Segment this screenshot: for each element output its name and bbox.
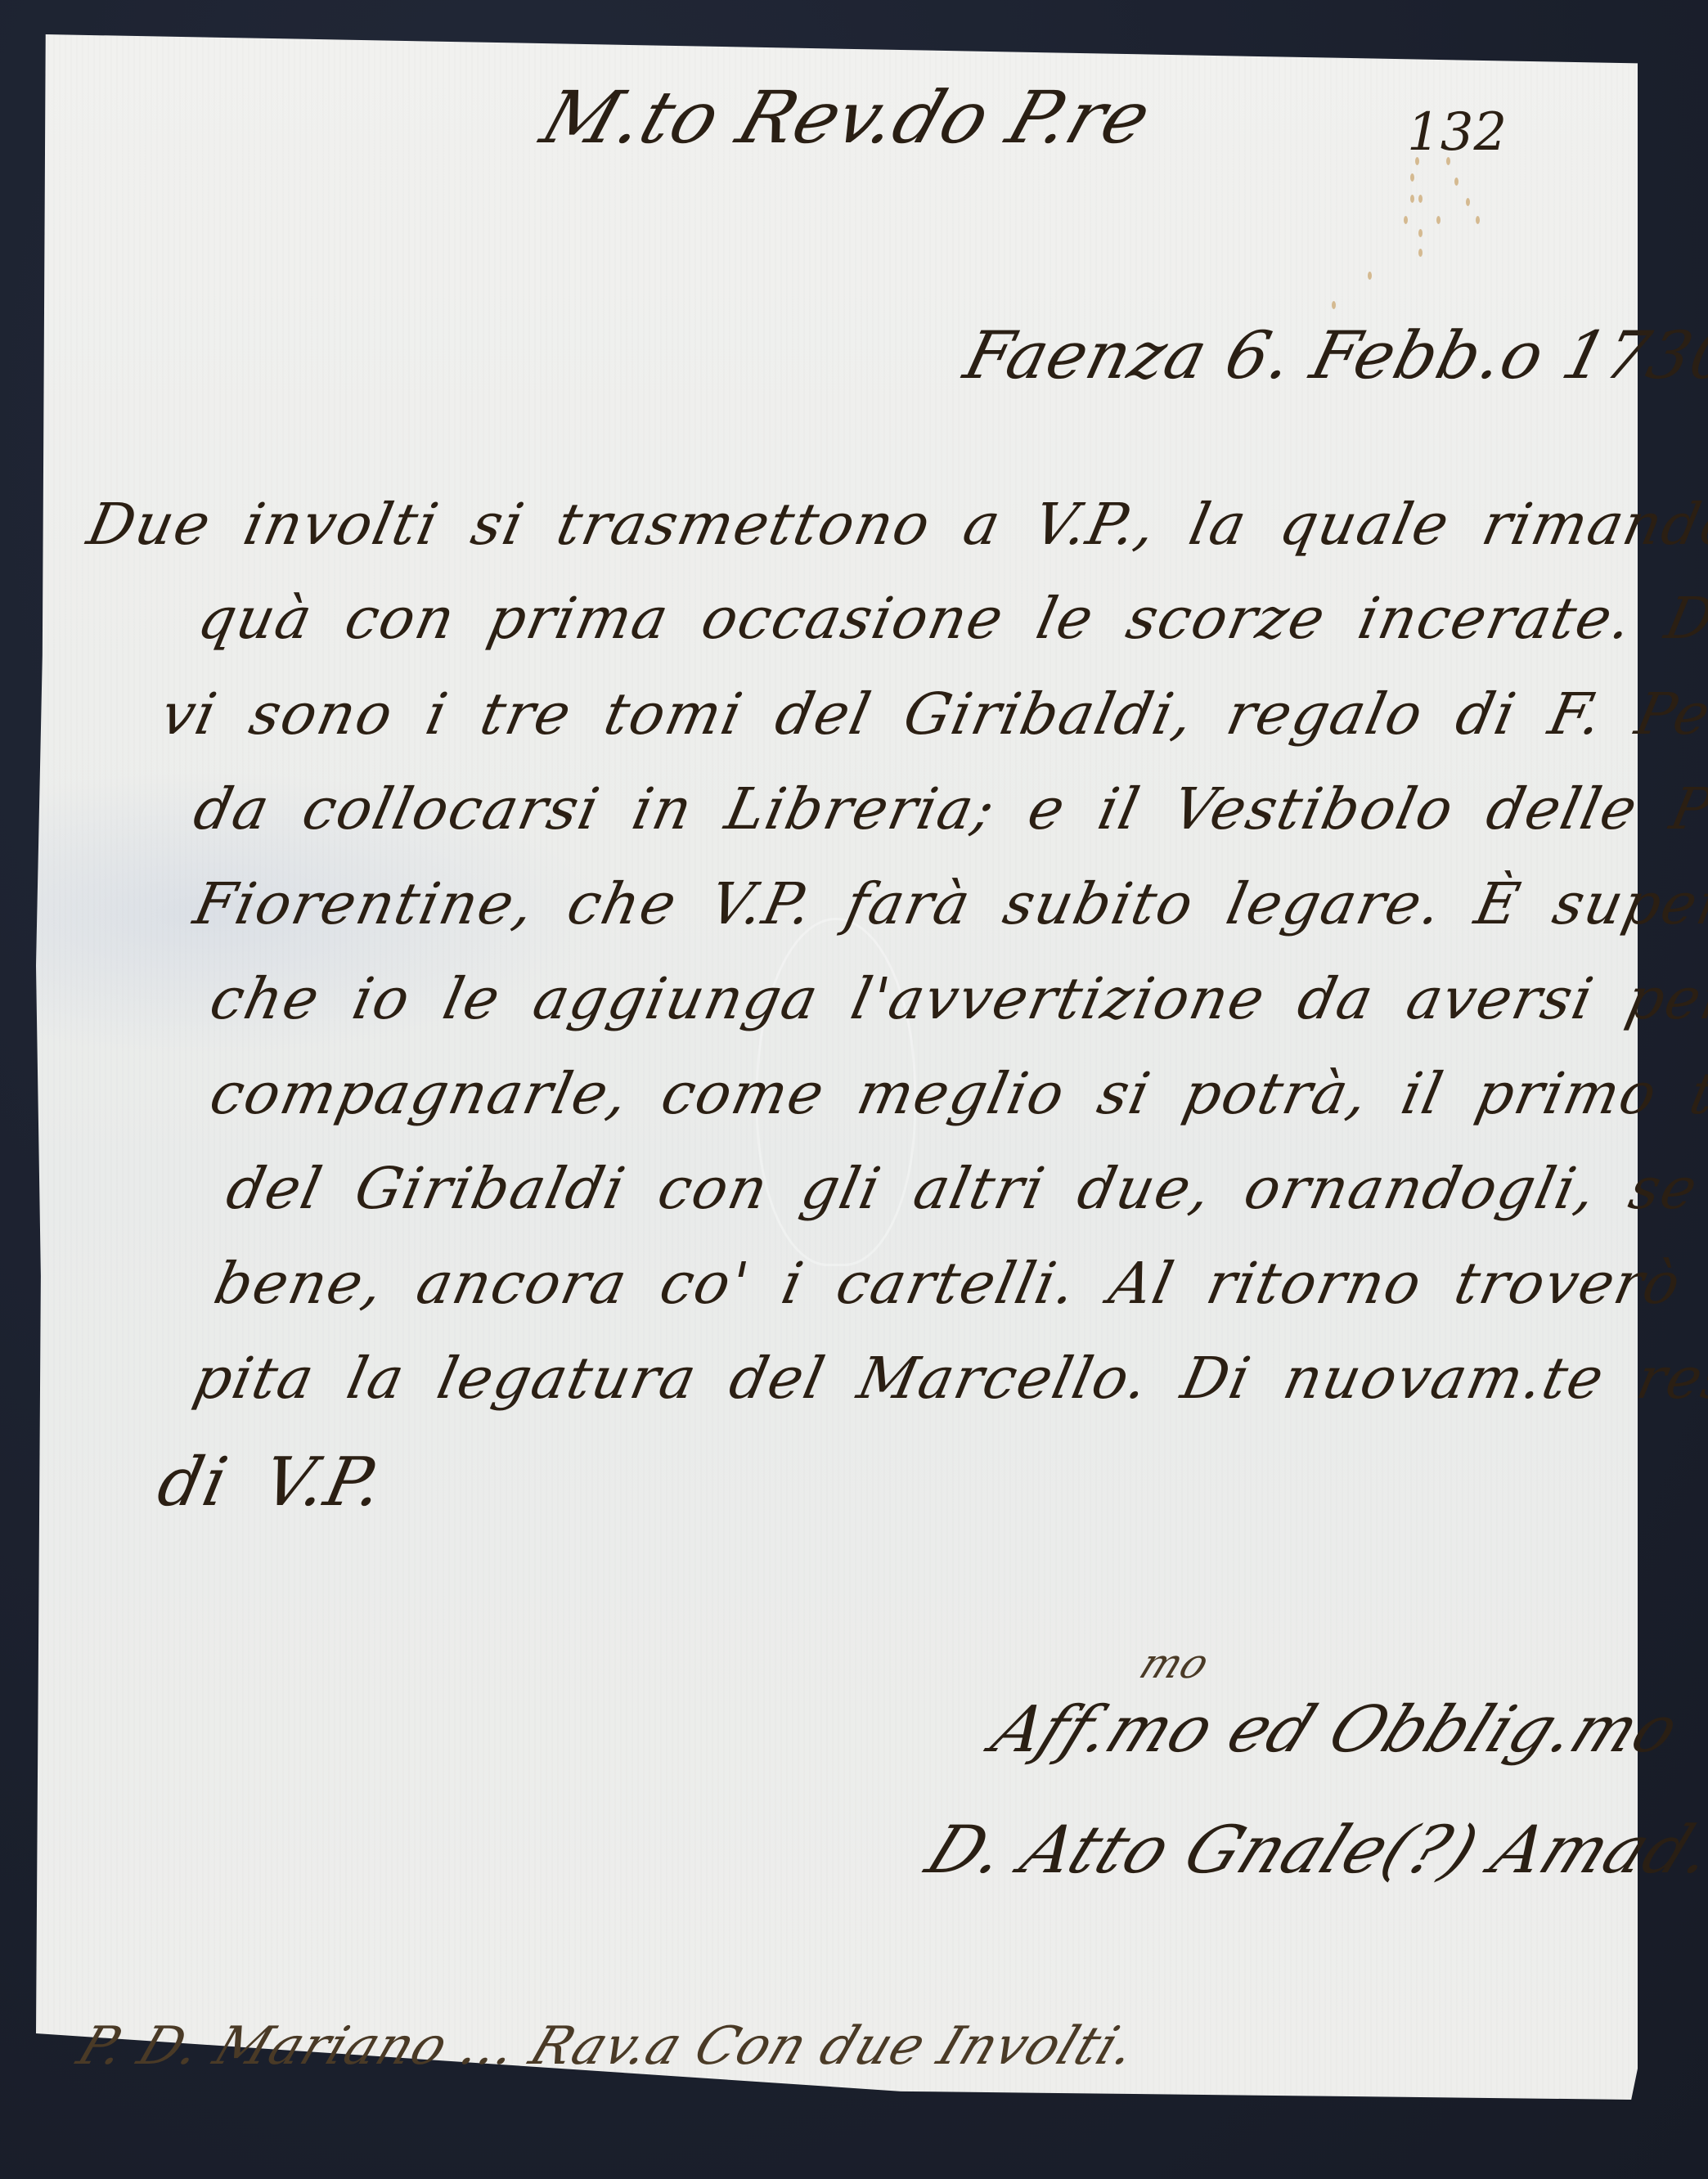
- body-line-1: Due involti si trasmettono a V.P., la qu…: [82, 491, 1708, 558]
- foxing-spot: [1410, 173, 1414, 182]
- folio-number: 132: [1407, 102, 1507, 163]
- foxing-spot: [1368, 272, 1372, 280]
- signature: D. Atto Gnale(?) Amad.o: [916, 1812, 1708, 1888]
- address-line: P. D. Mariano ... Rav.a Con due Involti.: [70, 2016, 1145, 2077]
- place-date: Faenza 6. Febb.o 1730: [957, 317, 1708, 393]
- body-line-11: di V.P.: [151, 1444, 391, 1521]
- body-line-2: quà con prima occasione le scorze incera…: [192, 585, 1708, 652]
- foxing-spot: [1418, 249, 1423, 257]
- body-line-9: bene, ancora co' i cartelli. Al ritorno …: [209, 1250, 1708, 1317]
- foxing-spot: [1410, 195, 1414, 203]
- body-line-8: del Giribaldi con gli altri due, ornando…: [221, 1155, 1708, 1222]
- foxing-spot: [1418, 229, 1423, 237]
- salutation: M.to Rev.do P.re: [532, 75, 1162, 159]
- closing-line-1: Aff.mo ed Obblig.mo: [982, 1693, 1690, 1767]
- foxing-spot: [1466, 198, 1470, 206]
- body-line-10: pita la legatura del Marcello. Di nuovam…: [188, 1345, 1708, 1412]
- foxing-spot: [1454, 177, 1459, 186]
- foxing-spot: [1476, 216, 1480, 224]
- body-line-6: che io le aggiunga l'avvertizione da ave…: [205, 965, 1708, 1032]
- body-line-5: Fiorentine, che V.P. farà subito legare.…: [188, 870, 1708, 937]
- foxing-spot: [1436, 216, 1441, 224]
- body-line-4: da collocarsi in Libreria; e il Vestibol…: [188, 775, 1708, 842]
- body-line-7: compagnarle, come meglio si potrà, il pr…: [205, 1060, 1708, 1127]
- body-line-3: vi sono i tre tomi del Giribaldi, regalo…: [155, 681, 1708, 748]
- foxing-spot: [1332, 301, 1336, 309]
- foxing-spot: [1404, 216, 1408, 224]
- foxing-spot: [1418, 195, 1423, 203]
